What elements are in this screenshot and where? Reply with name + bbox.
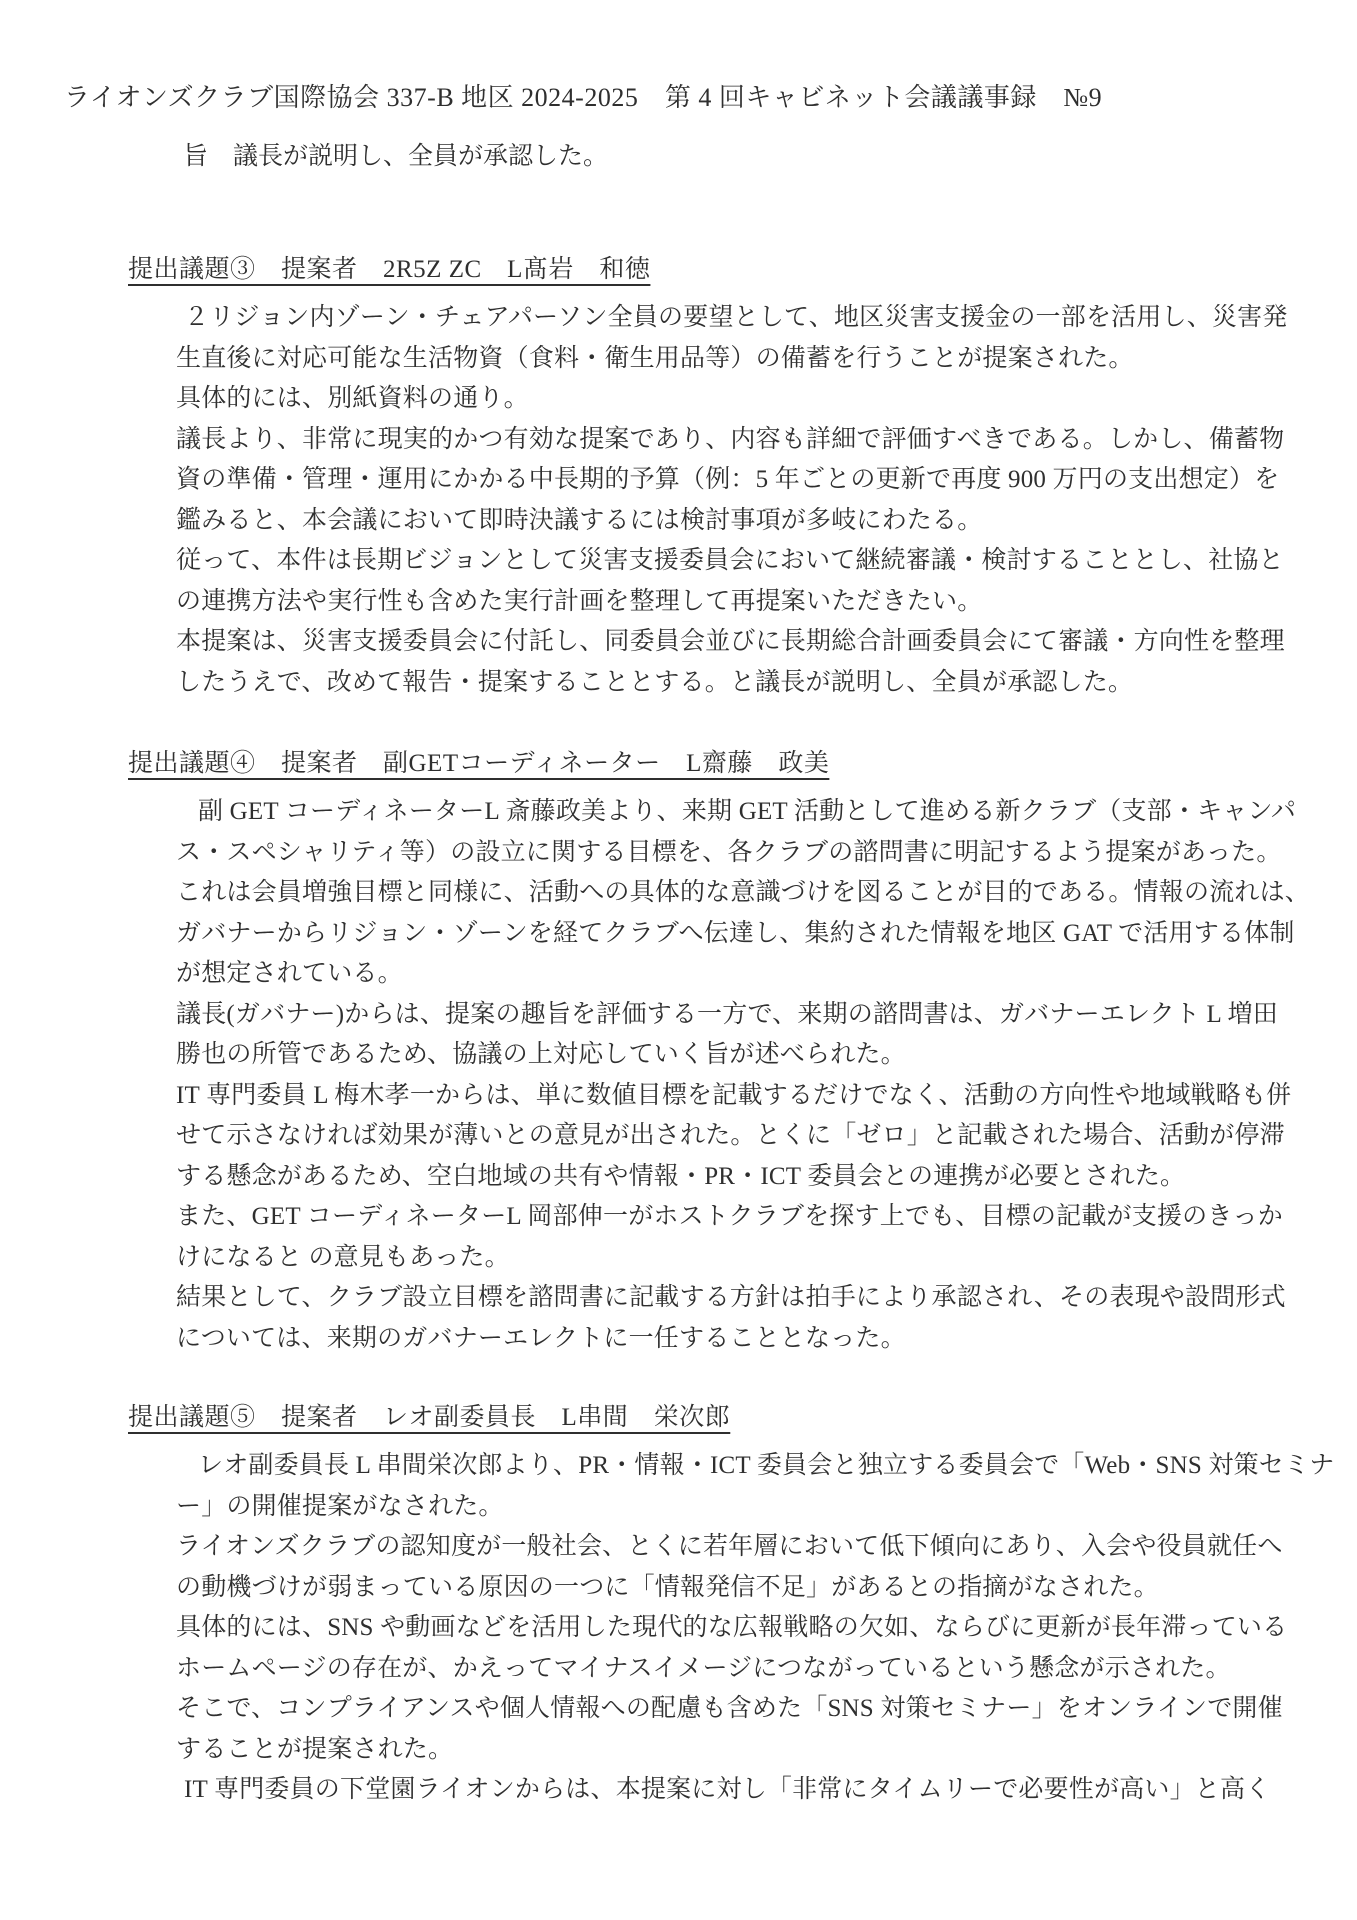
page-header: ライオンズクラブ国際協会 337-B 地区 2024-2025 第 4 回キャビ… xyxy=(64,78,1102,118)
body-line: の連携方法や実行性も含めた実行計画を整理して再提案いただきたい。 xyxy=(176,582,1292,623)
body-line: したうえで、改めて報告・提案することとする。と議長が説明し、全員が承認した。 xyxy=(176,663,1292,704)
body-line: が想定されている。 xyxy=(176,954,1292,995)
body-line: ー」の開催提案がなされた。 xyxy=(176,1487,1292,1528)
section-body: 副 GET コーディネーターL 斎藤政美より、来期 GET 活動として進める新ク… xyxy=(176,792,1292,1359)
section-agenda-3: 提出議題③ 提案者 2R5Z ZC L髙岩 和徳 ２リジョン内ゾーン・チェアパー… xyxy=(128,250,1298,703)
body-line: 従って、本件は長期ビジョンとして災害支援委員会において継続審議・検討することとし… xyxy=(176,541,1292,582)
section-body: ２リジョン内ゾーン・チェアパーソン全員の要望として、地区災害支援金の一部を活用し… xyxy=(176,298,1292,703)
body-line: レオ副委員長 L 串間栄次郎より、PR・情報・ICT 委員会と独立する委員会で「… xyxy=(176,1446,1292,1487)
body-line: IT 専門委員の下堂園ライオンからは、本提案に対し「非常にタイムリーで必要性が高… xyxy=(176,1770,1292,1811)
body-line: ガバナーからリジョン・ゾーンを経てクラブへ伝達し、集約された情報を地区 GAT … xyxy=(176,914,1292,955)
section-body: レオ副委員長 L 串間栄次郎より、PR・情報・ICT 委員会と独立する委員会で「… xyxy=(176,1446,1292,1811)
body-line: 具体的には、別紙資料の通り。 xyxy=(176,379,1292,420)
body-line: する懸念があるため、空白地域の共有や情報・PR・ICT 委員会との連携が必要とさ… xyxy=(176,1157,1292,1198)
body-line: 議長より、非常に現実的かつ有効な提案であり、内容も詳細で評価すべきである。しかし… xyxy=(176,420,1292,461)
body-line: することが提案された。 xyxy=(176,1730,1292,1771)
section-agenda-5: 提出議題⑤ 提案者 レオ副委員長 L串間 栄次郎 レオ副委員長 L 串間栄次郎よ… xyxy=(128,1398,1298,1811)
body-line: の動機づけが弱まっている原因の一つに「情報発信不足」があるとの指摘がなされた。 xyxy=(176,1568,1292,1609)
body-line: 結果として、クラブ設立目標を諮問書に記載する方針は拍手により承認され、その表現や… xyxy=(176,1278,1292,1319)
body-line: 議長(ガバナー)からは、提案の趣旨を評価する一方で、来期の諮問書は、ガバナーエレ… xyxy=(176,995,1292,1036)
body-line: これは会員増強目標と同様に、活動への具体的な意識づけを図ることが目的である。情報… xyxy=(176,873,1292,914)
section-heading: 提出議題⑤ 提案者 レオ副委員長 L串間 栄次郎 xyxy=(128,1398,730,1438)
body-line: 資の準備・管理・運用にかかる中長期的予算（例：5 年ごとの更新で再度 900 万… xyxy=(176,460,1292,501)
body-line: 本提案は、災害支援委員会に付託し、同委員会並びに長期総合計画委員会にて審議・方向… xyxy=(176,622,1292,663)
body-line: 勝也の所管であるため、協議の上対応していく旨が述べられた。 xyxy=(176,1035,1292,1076)
body-line: については、来期のガバナーエレクトに一任することとなった。 xyxy=(176,1319,1292,1360)
body-line: けになると の意見もあった。 xyxy=(176,1238,1292,1279)
section-agenda-4: 提出議題④ 提案者 副GETコーディネーター L齋藤 政美 副 GET コーディ… xyxy=(128,744,1298,1359)
body-line: また、GET コーディネーターL 岡部伸一がホストクラブを探す上でも、目標の記載… xyxy=(176,1197,1292,1238)
body-line: ス・スペシャリティ等）の設立に関する目標を、各クラブの諮問書に明記するよう提案が… xyxy=(176,833,1292,874)
body-line: 鑑みると、本会議において即時決議するには検討事項が多岐にわたる。 xyxy=(176,501,1292,542)
body-line: ライオンズクラブの認知度が一般社会、とくに若年層において低下傾向にあり、入会や役… xyxy=(176,1527,1292,1568)
body-line: せて示さなければ効果が薄いとの意見が出された。とくに「ゼロ」と記載された場合、活… xyxy=(176,1116,1292,1157)
body-line: 具体的には、SNS や動画などを活用した現代的な広報戦略の欠如、ならびに更新が長… xyxy=(176,1608,1292,1649)
body-line: IT 専門委員 L 梅木孝一からは、単に数値目標を記載するだけでなく、活動の方向… xyxy=(176,1076,1292,1117)
section-heading: 提出議題④ 提案者 副GETコーディネーター L齋藤 政美 xyxy=(128,744,829,784)
body-line: そこで、コンプライアンスや個人情報への配慮も含めた「SNS 対策セミナー」をオン… xyxy=(176,1689,1292,1730)
body-line: ホームページの存在が、かえってマイナスイメージにつながっているという懸念が示され… xyxy=(176,1649,1292,1690)
document-page: ライオンズクラブ国際協会 337-B 地区 2024-2025 第 4 回キャビ… xyxy=(0,0,1357,1920)
section-heading: 提出議題③ 提案者 2R5Z ZC L髙岩 和徳 xyxy=(128,250,650,290)
body-line: 生直後に対応可能な生活物資（食料・衛生用品等）の備蓄を行うことが提案された。 xyxy=(176,339,1292,380)
intro-line: 旨 議長が説明し、全員が承認した。 xyxy=(183,137,608,177)
body-line: ２リジョン内ゾーン・チェアパーソン全員の要望として、地区災害支援金の一部を活用し… xyxy=(176,298,1292,339)
body-line: 副 GET コーディネーターL 斎藤政美より、来期 GET 活動として進める新ク… xyxy=(176,792,1292,833)
